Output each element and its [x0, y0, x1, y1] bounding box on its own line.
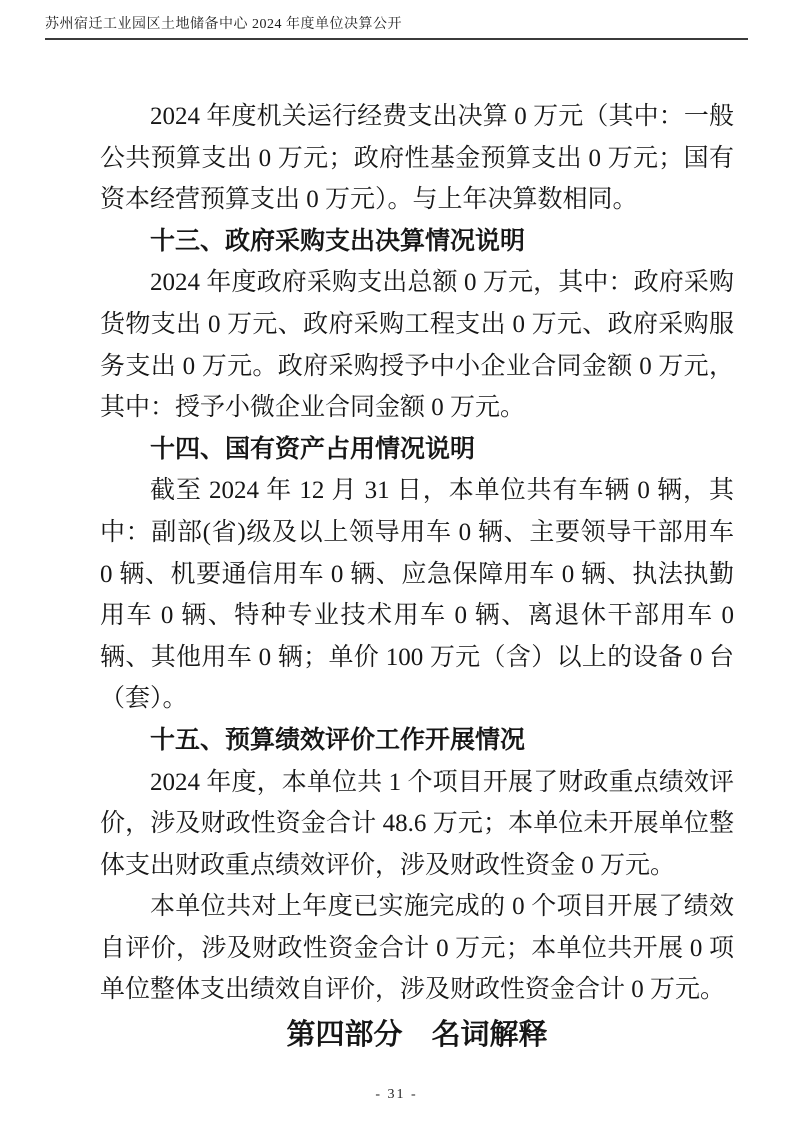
page-header-title: 苏州宿迁工业园区土地储备中心 2024 年度单位决算公开: [45, 14, 748, 36]
paragraph-performance-evaluation: 2024 年度，本单位共 1 个项目开展了财政重点绩效评价，涉及财政性资金合计 …: [100, 762, 734, 887]
document-page: 苏州宿迁工业园区土地储备中心 2024 年度单位决算公开 2024 年度机关运行…: [0, 0, 793, 1122]
paragraph-state-assets: 截至 2024 年 12 月 31 日，本单位共有车辆 0 辆，其中：副部(省)…: [100, 470, 734, 720]
page-number: - 31 -: [0, 1087, 793, 1103]
part-title-glossary: 第四部分 名词解释: [100, 1013, 734, 1057]
section-heading-15-performance-evaluation: 十五、预算绩效评价工作开展情况: [100, 720, 734, 762]
section-heading-13-gov-procurement: 十三、政府采购支出决算情况说明: [100, 221, 734, 263]
paragraph-operating-expense: 2024 年度机关运行经费支出决算 0 万元（其中：一般公共预算支出 0 万元；…: [100, 96, 734, 221]
paragraph-self-evaluation: 本单位共对上年度已实施完成的 0 个项目开展了绩效自评价，涉及财政性资金合计 0…: [100, 886, 734, 1011]
section-heading-14-state-assets: 十四、国有资产占用情况说明: [100, 429, 734, 471]
paragraph-gov-procurement: 2024 年度政府采购支出总额 0 万元，其中：政府采购货物支出 0 万元、政府…: [100, 262, 734, 428]
header-divider: [45, 38, 748, 40]
document-body: 2024 年度机关运行经费支出决算 0 万元（其中：一般公共预算支出 0 万元；…: [100, 96, 734, 1057]
